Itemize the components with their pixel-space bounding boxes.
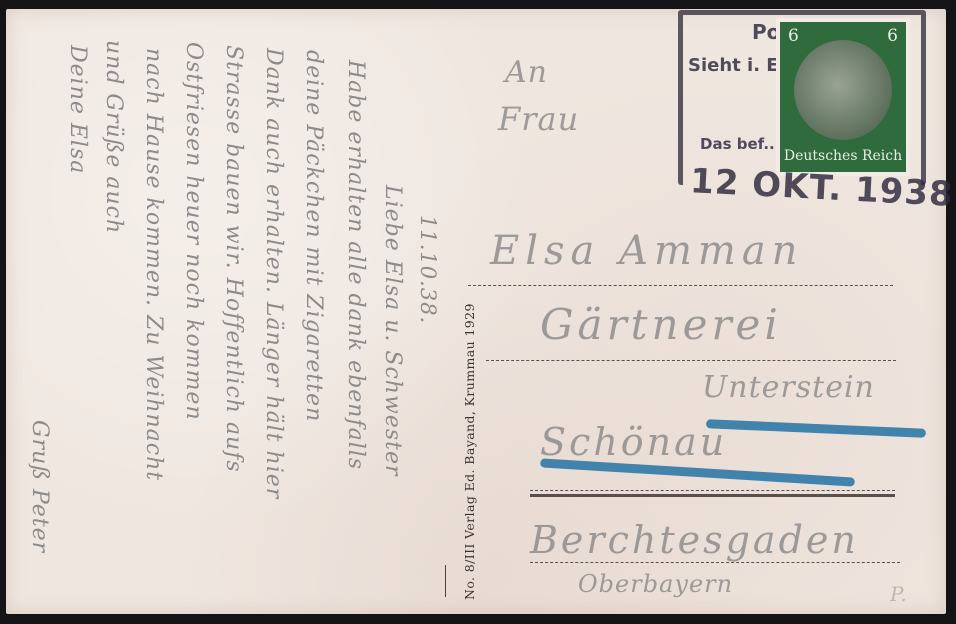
- divider: [445, 565, 446, 597]
- message-line: Liebe Elsa u. Schwester: [380, 185, 405, 477]
- portrait-icon: [794, 40, 892, 140]
- stamp-value: 6: [887, 26, 898, 46]
- address-line-2: Gärtnerei: [540, 300, 782, 349]
- address-line: [530, 562, 900, 563]
- message-line: Deine Elsa: [65, 45, 90, 174]
- address-correction: Unterstein: [702, 370, 875, 405]
- corner-mark: P.: [890, 582, 908, 606]
- postmark-text: Das bef...: [700, 135, 780, 153]
- stamp-value: 6: [788, 26, 799, 46]
- address-line: [468, 285, 893, 286]
- message-line: Strasse bauen wir. Hoffentlich aufs: [221, 45, 246, 473]
- salutation: An: [505, 55, 548, 90]
- postmark-text: Sieht i. E.: [688, 55, 785, 76]
- message-line: Habe erhalten alle dank ebenfalls: [343, 60, 368, 470]
- stamp-country: Deutsches Reich: [780, 148, 906, 164]
- address-line: [530, 494, 895, 497]
- message-line: deine Päckchen mit Zigaretten: [301, 50, 326, 422]
- salutation: Frau: [498, 100, 579, 138]
- message-line: Dank auch erhalten. Länger hält hier: [261, 48, 286, 499]
- message-line: und Grüße auch: [101, 40, 126, 234]
- message-line: Ostfriesen heuer noch kommen: [181, 42, 206, 421]
- address-city: Berchtesgaden: [530, 518, 859, 562]
- address-line: [530, 490, 895, 491]
- message-line: nach Hause kommen. Zu Weihnacht: [141, 48, 166, 481]
- postage-stamp: 6 6 Deutsches Reich: [776, 18, 910, 176]
- address-line: [486, 360, 896, 361]
- recipient-name: Elsa Amman: [490, 228, 803, 274]
- address-struck: Schönau: [540, 420, 727, 464]
- message-line: Gruß Peter: [27, 420, 52, 553]
- publisher-imprint: No. 8/III Verlag Ed. Bayand, Krummau 192…: [462, 303, 477, 600]
- message-date: 11.10.38.: [416, 215, 440, 324]
- address-region: Oberbayern: [578, 570, 733, 598]
